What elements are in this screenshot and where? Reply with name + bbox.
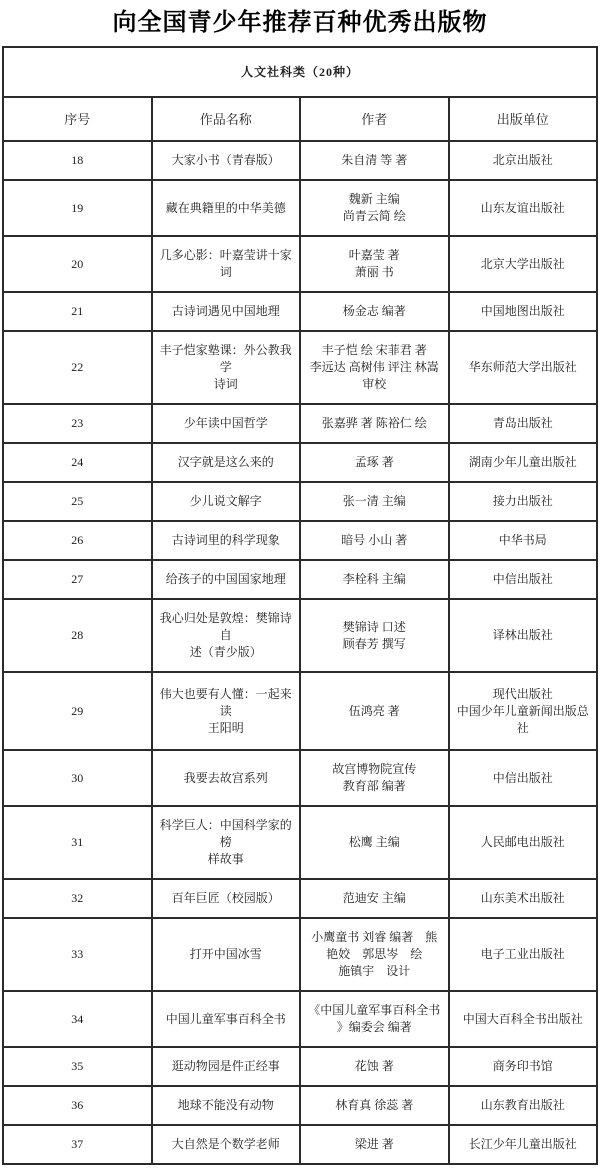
- publisher-cell: 华东师范大学出版社: [449, 331, 598, 404]
- table-row: 36 地球不能没有动物 林育真 徐蕊 著 山东教育出版社: [3, 1086, 597, 1125]
- col-header-title: 作品名称: [152, 97, 301, 141]
- row-no-cell: 24: [3, 443, 152, 482]
- publisher-cell: 中国地图出版社: [449, 292, 598, 331]
- publisher-cell: 山东友谊出版社: [449, 180, 598, 236]
- publisher-cell: 山东美术出版社: [449, 879, 598, 918]
- title-cell: 汉字就是这么来的: [152, 443, 301, 482]
- author-cell: 杨金志 编著: [300, 292, 449, 331]
- title-cell: 伟大也要有人懂：一起来读 王阳明: [152, 672, 301, 750]
- author-cell: 范迪安 主编: [300, 879, 449, 918]
- table-row: 37 大自然是个数学老师 梁进 著 长江少年儿童出版社: [3, 1125, 597, 1164]
- table-row: 27 给孩子的中国国家地理 李栓科 主编 中信出版社: [3, 560, 597, 599]
- document-page: 向全国青少年推荐百种优秀出版物 人文社科类（20种） 序号 作品名称 作者 出版…: [0, 0, 600, 1169]
- publisher-cell: 接力出版社: [449, 482, 598, 521]
- row-no-cell: 22: [3, 331, 152, 404]
- author-cell: 花蚀 著: [300, 1047, 449, 1086]
- title-cell: 少年读中国哲学: [152, 404, 301, 443]
- title-cell: 大家小书（青春版）: [152, 141, 301, 180]
- page-title: 向全国青少年推荐百种优秀出版物: [1, 8, 599, 38]
- title-cell: 古诗词遇见中国地理: [152, 292, 301, 331]
- row-no-cell: 37: [3, 1125, 152, 1164]
- publisher-cell: 青岛出版社: [449, 404, 598, 443]
- table-row: 25 少儿说文解字 张一清 主编 接力出版社: [3, 482, 597, 521]
- author-cell: 孟琢 著: [300, 443, 449, 482]
- table-row: 35 逛动物园是件正经事 花蚀 著 商务印书馆: [3, 1047, 597, 1086]
- publisher-cell: 北京出版社: [449, 141, 598, 180]
- table-row: 30 我要去故宫系列 故宫博物院宣传 教育部 编著 中信出版社: [3, 750, 597, 806]
- row-no-cell: 30: [3, 750, 152, 806]
- publisher-cell: 湖南少年儿童出版社: [449, 443, 598, 482]
- author-cell: 暗号 小山 著: [300, 521, 449, 560]
- row-no-cell: 23: [3, 404, 152, 443]
- title-cell: 古诗词里的科学现象: [152, 521, 301, 560]
- publisher-cell: 现代出版社 中国少年儿童新闻出版总社: [449, 672, 598, 750]
- title-cell: 藏在典籍里的中华美德: [152, 180, 301, 236]
- publisher-cell: 中华书局: [449, 521, 598, 560]
- publisher-cell: 人民邮电出版社: [449, 806, 598, 879]
- table-row: 19 藏在典籍里的中华美德 魏新 主编 尚青云简 绘 山东友谊出版社: [3, 180, 597, 236]
- title-cell: 逛动物园是件正经事: [152, 1047, 301, 1086]
- publisher-cell: 山东教育出版社: [449, 1086, 598, 1125]
- row-no-cell: 25: [3, 482, 152, 521]
- publications-table: 人文社科类（20种） 序号 作品名称 作者 出版单位 18 大家小书（青春版） …: [2, 46, 598, 1165]
- title-cell: 地球不能没有动物: [152, 1086, 301, 1125]
- publisher-cell: 译林出版社: [449, 599, 598, 672]
- row-no-cell: 27: [3, 560, 152, 599]
- title-cell: 中国儿童军事百科全书: [152, 991, 301, 1047]
- publisher-cell: 长江少年儿童出版社: [449, 1125, 598, 1164]
- publisher-cell: 商务印书馆: [449, 1047, 598, 1086]
- row-no-cell: 19: [3, 180, 152, 236]
- author-cell: 伍鸿亮 著: [300, 672, 449, 750]
- table-row: 34 中国儿童军事百科全书 《中国儿童军事百科全书 》编委会 编著 中国大百科全…: [3, 991, 597, 1047]
- author-cell: 张一清 主编: [300, 482, 449, 521]
- author-cell: 樊锦诗 口述 顾春芳 撰写: [300, 599, 449, 672]
- col-header-no: 序号: [3, 97, 152, 141]
- table-row: 26 古诗词里的科学现象 暗号 小山 著 中华书局: [3, 521, 597, 560]
- author-cell: 《中国儿童军事百科全书 》编委会 编著: [300, 991, 449, 1047]
- table-row: 31 科学巨人：中国科学家的榜 样故事 松鹰 主编 人民邮电出版社: [3, 806, 597, 879]
- row-no-cell: 29: [3, 672, 152, 750]
- row-no-cell: 36: [3, 1086, 152, 1125]
- row-no-cell: 31: [3, 806, 152, 879]
- row-no-cell: 20: [3, 236, 152, 292]
- author-cell: 小鹰童书 刘睿 编著 熊 艳姣 郭思岑 绘 施镇宇 设计: [300, 918, 449, 991]
- publisher-cell: 电子工业出版社: [449, 918, 598, 991]
- row-no-cell: 21: [3, 292, 152, 331]
- row-no-cell: 32: [3, 879, 152, 918]
- table-row: 18 大家小书（青春版） 朱自清 等 著 北京出版社: [3, 141, 597, 180]
- publisher-cell: 中信出版社: [449, 560, 598, 599]
- category-header: 人文社科类（20种）: [3, 47, 597, 97]
- table-row: 32 百年巨匠（校园版） 范迪安 主编 山东美术出版社: [3, 879, 597, 918]
- row-no-cell: 34: [3, 991, 152, 1047]
- title-cell: 少儿说文解字: [152, 482, 301, 521]
- row-no-cell: 26: [3, 521, 152, 560]
- table-row: 23 少年读中国哲学 张嘉骅 著 陈裕仁 绘 青岛出版社: [3, 404, 597, 443]
- title-cell: 百年巨匠（校园版）: [152, 879, 301, 918]
- author-cell: 林育真 徐蕊 著: [300, 1086, 449, 1125]
- author-cell: 李栓科 主编: [300, 560, 449, 599]
- title-cell: 几多心影：叶嘉莹讲十家词: [152, 236, 301, 292]
- table-row: 29 伟大也要有人懂：一起来读 王阳明 伍鸿亮 著 现代出版社 中国少年儿童新闻…: [3, 672, 597, 750]
- title-cell: 大自然是个数学老师: [152, 1125, 301, 1164]
- author-cell: 丰子恺 绘 宋菲君 著 李远达 高树伟 评注 林嵩 审校: [300, 331, 449, 404]
- table-row: 28 我心归处是敦煌：樊锦诗自 述（青少版） 樊锦诗 口述 顾春芳 撰写 译林出…: [3, 599, 597, 672]
- title-cell: 我要去故宫系列: [152, 750, 301, 806]
- table-row: 21 古诗词遇见中国地理 杨金志 编著 中国地图出版社: [3, 292, 597, 331]
- row-no-cell: 18: [3, 141, 152, 180]
- table-row: 24 汉字就是这么来的 孟琢 著 湖南少年儿童出版社: [3, 443, 597, 482]
- table-row: 20 几多心影：叶嘉莹讲十家词 叶嘉莹 著 萧丽 书 北京大学出版社: [3, 236, 597, 292]
- title-cell: 丰子恺家塾课：外公教我学 诗词: [152, 331, 301, 404]
- col-header-author: 作者: [300, 97, 449, 141]
- author-cell: 朱自清 等 著: [300, 141, 449, 180]
- row-no-cell: 33: [3, 918, 152, 991]
- table-row: 22 丰子恺家塾课：外公教我学 诗词 丰子恺 绘 宋菲君 著 李远达 高树伟 评…: [3, 331, 597, 404]
- publisher-cell: 中国大百科全书出版社: [449, 991, 598, 1047]
- title-cell: 我心归处是敦煌：樊锦诗自 述（青少版）: [152, 599, 301, 672]
- author-cell: 梁进 著: [300, 1125, 449, 1164]
- title-cell: 给孩子的中国国家地理: [152, 560, 301, 599]
- category-row: 人文社科类（20种）: [3, 47, 597, 97]
- table-row: 33 打开中国冰雪 小鹰童书 刘睿 编著 熊 艳姣 郭思岑 绘 施镇宇 设计 电…: [3, 918, 597, 991]
- author-cell: 故宫博物院宣传 教育部 编著: [300, 750, 449, 806]
- title-cell: 打开中国冰雪: [152, 918, 301, 991]
- author-cell: 松鹰 主编: [300, 806, 449, 879]
- row-no-cell: 28: [3, 599, 152, 672]
- author-cell: 魏新 主编 尚青云简 绘: [300, 180, 449, 236]
- author-cell: 张嘉骅 著 陈裕仁 绘: [300, 404, 449, 443]
- col-header-publisher: 出版单位: [449, 97, 598, 141]
- publisher-cell: 中信出版社: [449, 750, 598, 806]
- publisher-cell: 北京大学出版社: [449, 236, 598, 292]
- column-header-row: 序号 作品名称 作者 出版单位: [3, 97, 597, 141]
- row-no-cell: 35: [3, 1047, 152, 1086]
- author-cell: 叶嘉莹 著 萧丽 书: [300, 236, 449, 292]
- title-cell: 科学巨人：中国科学家的榜 样故事: [152, 806, 301, 879]
